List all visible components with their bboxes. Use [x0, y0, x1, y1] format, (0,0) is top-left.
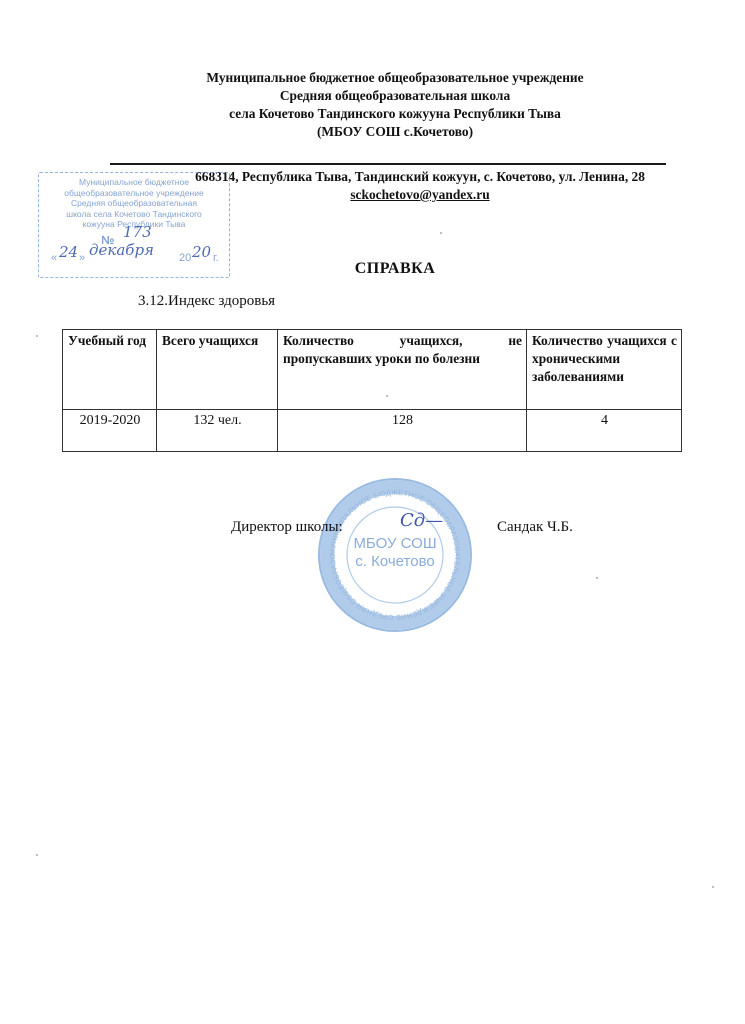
- postal-address: 668314, Республика Тыва, Тандинский кожу…: [150, 168, 690, 186]
- cell-school-year: 2019-2020: [63, 410, 157, 452]
- header-line-4: (МБОУ СОШ с.Кочетово): [100, 123, 690, 141]
- institution-header: Муниципальное бюджетное общеобразователь…: [100, 69, 690, 141]
- stamp-day: 24: [59, 247, 78, 258]
- scan-speck: [440, 232, 442, 234]
- email-link[interactable]: sckochetovo@yandex.ru: [150, 186, 690, 204]
- document-title: СПРАВКА: [100, 260, 690, 278]
- stamp-number: 173: [123, 227, 152, 238]
- cell-chronic-diseases: 4: [527, 410, 682, 452]
- seal-center-line-1: МБОУ СОШ: [320, 535, 470, 553]
- cell-no-sick-absences: 128: [278, 410, 527, 452]
- header-school-year: Учебный год: [63, 330, 157, 410]
- scan-speck: [36, 854, 38, 856]
- scan-speck: [386, 395, 388, 397]
- round-seal: МУНИЦИПАЛЬНОЕ БЮДЖЕТНОЕ ОБЩЕОБРАЗОВАТЕЛЬ…: [318, 478, 472, 632]
- scan-speck: [596, 577, 598, 579]
- health-index-table: Учебный год Всего учащихся Количество уч…: [62, 329, 682, 452]
- header-divider: [110, 163, 666, 165]
- quote-close: »: [79, 253, 85, 264]
- stamp-line-1: Муниципальное бюджетное: [39, 177, 229, 188]
- stamp-line-3: Средняя общеобразовательная: [39, 198, 229, 209]
- header-line-1: Муниципальное бюджетное общеобразователь…: [100, 69, 690, 87]
- header-chronic-diseases: Количество учащихся с хроническими забол…: [527, 330, 682, 410]
- address-block: 668314, Республика Тыва, Тандинский кожу…: [150, 168, 690, 204]
- header-no-sick-absences: Количество учащихся, не пропускавших уро…: [278, 330, 527, 410]
- stamp-month: декабря: [89, 245, 154, 256]
- seal-center-line-2: с. Кочетово: [320, 553, 470, 571]
- quote-open: «: [51, 253, 57, 264]
- header-total-students: Всего учащихся: [157, 330, 278, 410]
- stamp-line-2: общеобразовательное учреждение: [39, 188, 229, 199]
- scan-speck: [36, 335, 38, 337]
- header-line-2: Средняя общеобразовательная школа: [100, 87, 690, 105]
- scan-speck: [712, 886, 714, 888]
- signature-scribble: Сд—: [400, 510, 443, 531]
- stamp-line-4: школа села Кочетово Тандинского: [39, 209, 229, 220]
- cell-total-students: 132 чел.: [157, 410, 278, 452]
- director-name: Сандак Ч.Б.: [497, 519, 573, 536]
- header-line-3: села Кочетово Тандинского кожууна Респуб…: [100, 105, 690, 123]
- table-header-row: Учебный год Всего учащихся Количество уч…: [63, 330, 682, 410]
- table-row: 2019-2020 132 чел. 128 4: [63, 410, 682, 452]
- section-heading: 3.12.Индекс здоровья: [138, 293, 275, 310]
- stamp-year-suffix: 20: [192, 247, 211, 258]
- director-label: Директор школы:: [231, 519, 343, 536]
